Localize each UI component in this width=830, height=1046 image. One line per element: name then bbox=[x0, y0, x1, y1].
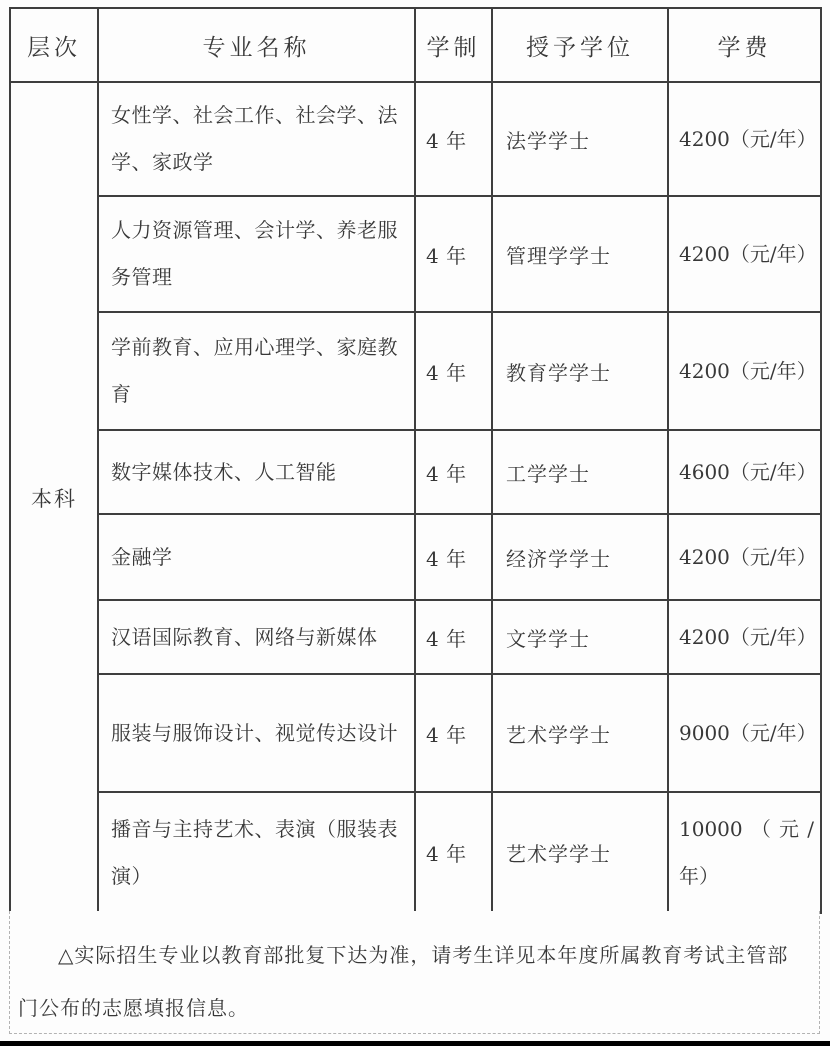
duration-cell: 4 年 bbox=[415, 674, 492, 792]
duration-cell: 4 年 bbox=[415, 792, 492, 913]
bottom-edge-bar bbox=[0, 1041, 830, 1046]
degree-cell: 工学学士 bbox=[492, 430, 668, 514]
major-cell: 金融学 bbox=[98, 514, 415, 600]
table-row: 金融学 4 年 经济学学士 4200（元/年） bbox=[10, 514, 821, 600]
col-header-fee: 学费 bbox=[668, 8, 821, 82]
fee-cell: 4600（元/年） bbox=[668, 430, 821, 514]
degree-cell: 艺术学学士 bbox=[492, 674, 668, 792]
duration-cell: 4 年 bbox=[415, 600, 492, 674]
degree-cell: 法学学士 bbox=[492, 82, 668, 196]
admission-note-box: △实际招生专业以教育部批复下达为准，请考生详见本年度所属教育考试主管部门公布的志… bbox=[9, 911, 820, 1034]
table-header-row: 层次 专业名称 学制 授予学位 学费 bbox=[10, 8, 821, 82]
duration-cell: 4 年 bbox=[415, 312, 492, 430]
table-row: 本科 女性学、社会工作、社会学、法学、家政学 4 年 法学学士 4200（元/年… bbox=[10, 82, 821, 196]
fee-cell: 9000（元/年） bbox=[668, 674, 821, 792]
level-cell: 本科 bbox=[10, 82, 98, 913]
major-cell: 播音与主持艺术、表演（服装表演） bbox=[98, 792, 415, 913]
table-row: 学前教育、应用心理学、家庭教育 4 年 教育学学士 4200（元/年） bbox=[10, 312, 821, 430]
duration-cell: 4 年 bbox=[415, 82, 492, 196]
duration-cell: 4 年 bbox=[415, 196, 492, 312]
duration-cell: 4 年 bbox=[415, 514, 492, 600]
major-cell: 女性学、社会工作、社会学、法学、家政学 bbox=[98, 82, 415, 196]
fee-cell: 4200（元/年） bbox=[668, 312, 821, 430]
fee-cell: 4200（元/年） bbox=[668, 196, 821, 312]
fee-cell: 10000（元/年） bbox=[668, 792, 821, 913]
col-header-duration: 学制 bbox=[415, 8, 492, 82]
degree-cell: 教育学学士 bbox=[492, 312, 668, 430]
table-row: 服装与服饰设计、视觉传达设计 4 年 艺术学学士 9000（元/年） bbox=[10, 674, 821, 792]
major-cell: 学前教育、应用心理学、家庭教育 bbox=[98, 312, 415, 430]
degree-cell: 艺术学学士 bbox=[492, 792, 668, 913]
col-header-degree: 授予学位 bbox=[492, 8, 668, 82]
fee-cell: 4200（元/年） bbox=[668, 600, 821, 674]
table-row: 人力资源管理、会计学、养老服务管理 4 年 管理学学士 4200（元/年） bbox=[10, 196, 821, 312]
fee-cell: 4200（元/年） bbox=[668, 514, 821, 600]
tuition-table: 层次 专业名称 学制 授予学位 学费 本科 女性学、社会工作、社会学、法学、家政… bbox=[9, 7, 822, 914]
major-cell: 数字媒体技术、人工智能 bbox=[98, 430, 415, 514]
degree-cell: 管理学学士 bbox=[492, 196, 668, 312]
table-row: 播音与主持艺术、表演（服装表演） 4 年 艺术学学士 10000（元/年） bbox=[10, 792, 821, 913]
admission-note-text: △实际招生专业以教育部批复下达为准，请考生详见本年度所属教育考试主管部门公布的志… bbox=[10, 911, 819, 1035]
table-row: 汉语国际教育、网络与新媒体 4 年 文学学士 4200（元/年） bbox=[10, 600, 821, 674]
fee-cell: 4200（元/年） bbox=[668, 82, 821, 196]
duration-cell: 4 年 bbox=[415, 430, 492, 514]
degree-cell: 文学学士 bbox=[492, 600, 668, 674]
major-cell: 人力资源管理、会计学、养老服务管理 bbox=[98, 196, 415, 312]
table-row: 数字媒体技术、人工智能 4 年 工学学士 4600（元/年） bbox=[10, 430, 821, 514]
col-header-level: 层次 bbox=[10, 8, 98, 82]
major-cell: 汉语国际教育、网络与新媒体 bbox=[98, 600, 415, 674]
major-cell: 服装与服饰设计、视觉传达设计 bbox=[98, 674, 415, 792]
col-header-major: 专业名称 bbox=[98, 8, 415, 82]
degree-cell: 经济学学士 bbox=[492, 514, 668, 600]
